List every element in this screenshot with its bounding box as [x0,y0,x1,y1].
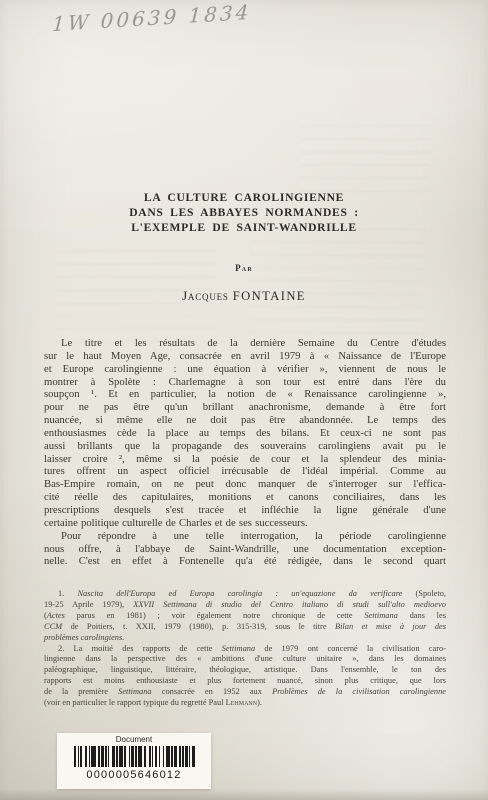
body-line: montrer à Spolète : Charlemagne à son to… [44,376,446,389]
body-text: Le titre et les résultats de la dernière… [44,337,446,568]
footnote-line: 2. La moitié des rapports de cette Setti… [44,644,446,655]
footnote-line: paléographique, linguistique, littéraire… [44,665,446,676]
body-line: nuancée, si même elle ne doit pas être a… [44,414,446,427]
body-line: cité réelle des capitulaires, monitions … [44,491,446,504]
footnote-line: lingienne dans la perspective des « ambi… [44,654,446,665]
body-line: et Europe carolingienne : une équation à… [44,363,446,376]
footnote-line: problèmes carolingiens. [44,633,446,644]
scanned-document-page: 1W 00639 1834 LA CULTURE CAROLINGIENNE D… [0,0,488,800]
body-line: laisser croire ², même si la poésie de c… [44,453,446,466]
body-line: prescriptions desquels s'est tracée et i… [44,504,446,517]
barcode-caption: Document [116,735,152,745]
footnote-line: 1. Nascita dell'Europa ed Europa carolin… [44,589,446,600]
footnote-line: (voir en particulier le rapport typique … [44,698,446,709]
body-line: tures offrent un aspect officiel irrécus… [44,465,446,478]
title-line-3: L'EXEMPLE DE SAINT-WANDRILLE [0,220,488,235]
body-line: Le titre et les résultats de la dernière… [44,337,446,350]
footnote-line: de la première Settimana consacrée en 19… [44,687,446,698]
page-bottom-shadow [0,789,488,800]
footnote-line: CCM de Poitiers, t. XXII, 1979 (1980), p… [44,622,446,633]
author-last-name: FONTAINE [233,289,306,303]
footnote-line: rapports est moins enthousiaste et plus … [44,676,446,687]
author-name: Jacques FONTAINE [0,287,488,305]
footnote-line: 19-25 Aprile 1979), XXVII Settimana di s… [44,600,446,611]
body-line: nelle. C'est en effet à Fontenelle qu'a … [44,555,446,568]
body-line: soupçon ¹. Et en particulier, la notion … [44,388,446,401]
title-line-1: LA CULTURE CAROLINGIENNE [0,190,488,205]
article-title: LA CULTURE CAROLINGIENNE DANS LES ABBAYE… [0,190,488,235]
barcode-icon [74,746,195,767]
footnote-line: (Actes parus en 1981) ; voir également n… [44,611,446,622]
barcode-number: 0000005646012 [86,769,181,782]
body-line: sur le haut Moyen Age, consacrée en avri… [44,350,446,363]
title-line-2: DANS LES ABBAYES NORMANDES : [0,205,488,220]
footnotes: 1. Nascita dell'Europa ed Europa carolin… [44,589,446,709]
body-line: Pour répondre à une telle interrogation,… [44,530,446,543]
verso-showthrough [300,125,430,195]
library-barcode-label: Document 0000005646012 [57,733,211,789]
author-first-name: Jacques [182,288,229,303]
body-line: certaine politique culturelle de Charles… [44,517,446,530]
body-line: enthousiasmes cède la place au temps des… [44,427,446,440]
byline-label: Par [0,263,488,273]
body-line: nous offre, à l'abbaye de Saint-Wandrill… [44,543,446,556]
body-line: pour ne pas être qu'un brillant anachron… [44,401,446,414]
handwritten-archival-cote: 1W 00639 1834 [51,0,252,36]
body-line: aussi brillants que la propagande des so… [44,440,446,453]
body-line: Bas-Empire romain, on ne peut donc manqu… [44,478,446,491]
